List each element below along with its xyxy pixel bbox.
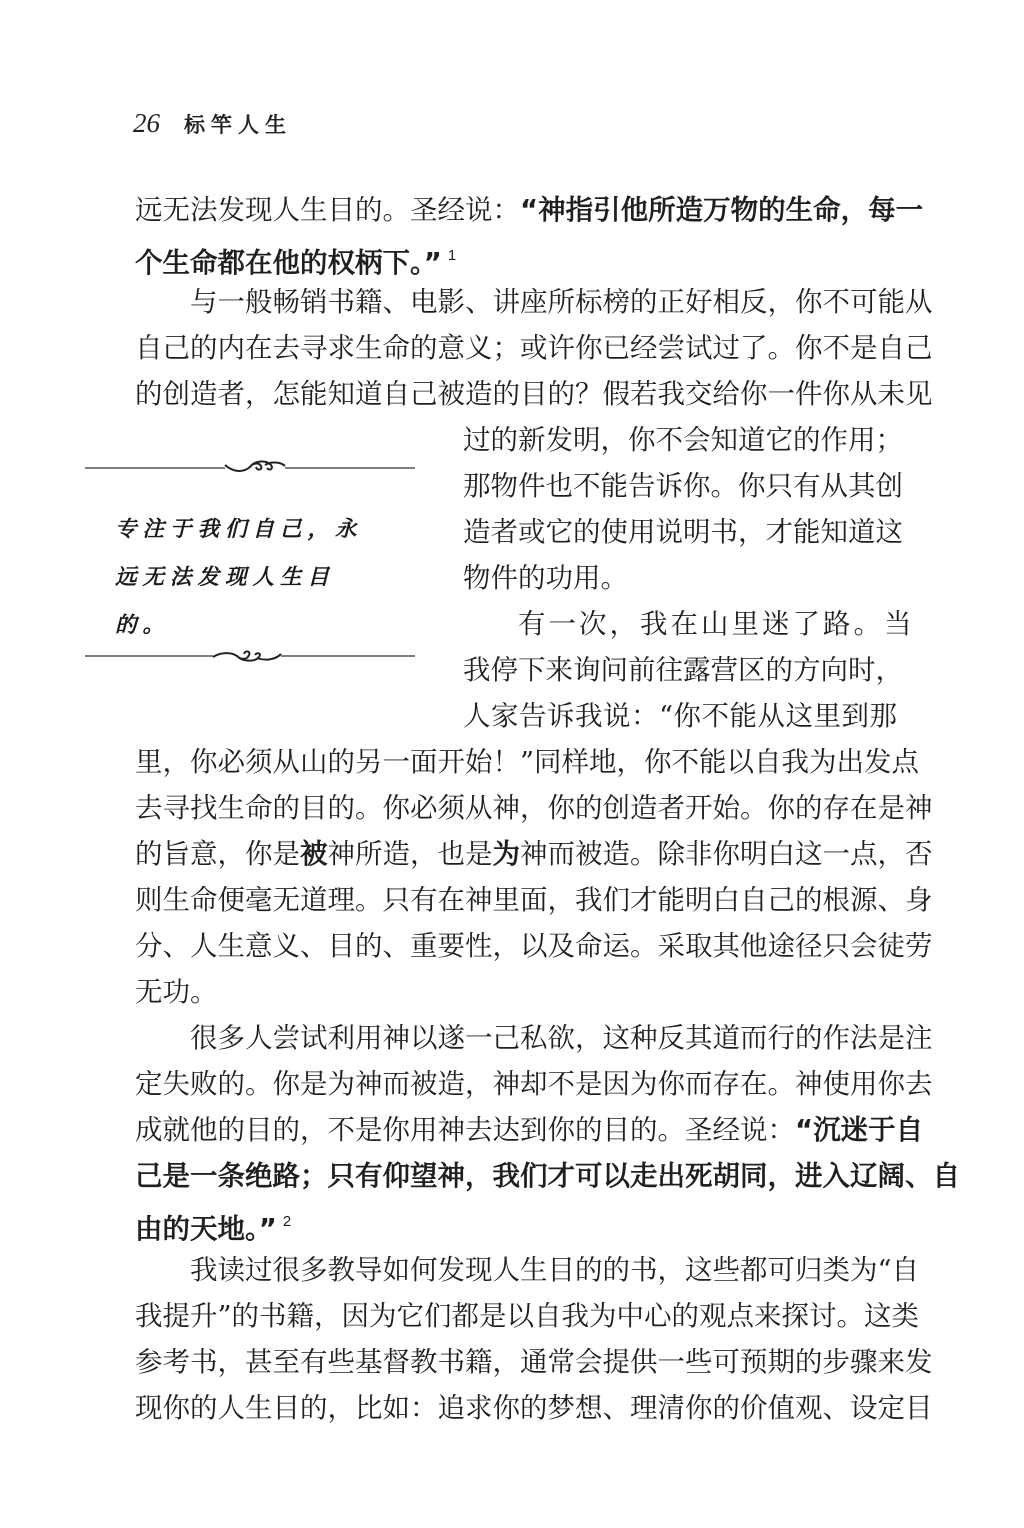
body-line: 定失败的。你是为神而被造，神却不是因为你而存在。神使用你去 <box>135 1064 897 1104</box>
scripture-quote: “神指引他所造万物的生命，每一 <box>520 194 923 226</box>
body-line: 里，你必须从山的另一面开始！”同样地，你不能以自我为出发点 <box>135 742 897 782</box>
running-header: 26 标竿人生 <box>133 108 292 148</box>
scripture-quote: “沉迷于自 <box>795 1114 923 1146</box>
body-line: 去寻找生命的目的。你必须从神，你的创造者开始。你的存在是神 <box>135 788 897 828</box>
body-line: 人家告诉我说：“你不能从这里到那 <box>463 696 897 736</box>
ornament-divider-icon <box>85 458 415 474</box>
body-line: 的旨意，你是被神所造，也是为神而被造。除非你明白这一点，否 <box>135 834 897 874</box>
body-line: 与一般畅销书籍、电影、讲座所标榜的正好相反，你不可能从 <box>135 282 897 322</box>
pull-quote-text: 专注于我们自己，永 远无法发现人生目 的。 <box>115 506 385 650</box>
pull-quote: 专注于我们自己，永 远无法发现人生目 的。 <box>85 458 415 678</box>
running-title: 标竿人生 <box>184 109 292 139</box>
body-line: 己是一条绝路；只有仰望神，我们才可以走出死胡同，进入辽阔、自 <box>135 1156 897 1196</box>
scripture-quote: 己是一条绝路；只有仰望神，我们才可以走出死胡同，进入辽阔、自 <box>135 1160 960 1192</box>
footnote-ref[interactable]: 2 <box>283 1213 291 1230</box>
emphasis-wei: 为 <box>493 838 521 870</box>
body-line: 很多人尝试利用神以遂一己私欲，这种反其道而行的作法是注 <box>135 1018 897 1058</box>
emphasis-bei: 被 <box>300 838 328 870</box>
body-line: 我提升”的书籍，因为它们都是以自我为中心的观点来探讨。这类 <box>135 1296 897 1336</box>
body-line: 远无法发现人生目的。圣经说：“神指引他所造万物的生命，每一 <box>135 190 897 230</box>
body-line: 那物件也不能告诉你。你只有从其创 <box>463 466 897 506</box>
page-number: 26 <box>133 108 160 139</box>
scripture-quote: 由的天地。” <box>135 1213 277 1245</box>
body-line: 现你的人生目的，比如：追求你的梦想、理清你的价值观、设定目 <box>135 1388 897 1428</box>
body-line: 成就他的目的，不是你用神去达到你的目的。圣经说：“沉迷于自 <box>135 1110 897 1150</box>
body-line: 个生命都在他的权柄下。”1 <box>135 236 897 283</box>
body-line: 我读过很多教导如何发现人生目的的书，这些都可归类为“自 <box>135 1250 897 1290</box>
footnote-ref[interactable]: 1 <box>448 247 456 264</box>
scripture-quote: 个生命都在他的权柄下。” <box>135 247 442 279</box>
body-line: 参考书，甚至有些基督教书籍，通常会提供一些可预期的步骤来发 <box>135 1342 897 1382</box>
body-line: 分、人生意义、目的、重要性，以及命运。采取其他途径只会徒劳 <box>135 926 897 966</box>
body-line: 我停下来询问前往露营区的方向时， <box>463 650 897 690</box>
body-line: 自己的内在去寻求生命的意义；或许你已经尝试过了。你不是自己 <box>135 328 897 368</box>
body-line: 物件的功用。 <box>463 558 897 598</box>
body-line: 有一次，我在山里迷了路。当 <box>463 604 897 644</box>
body-line: 由的天地。”2 <box>135 1202 897 1249</box>
body-line: 造者或它的使用说明书，才能知道这 <box>463 512 897 552</box>
body-line: 则生命便毫无道理。只有在神里面，我们才能明白自己的根源、身 <box>135 880 897 920</box>
body-line: 无功。 <box>135 972 897 1012</box>
body-line: 过的新发明，你不会知道它的作用； <box>463 420 897 460</box>
body-line: 的创造者，怎能知道自己被造的目的？假若我交给你一件你从未见 <box>135 374 897 414</box>
ornament-divider-icon <box>85 648 415 664</box>
